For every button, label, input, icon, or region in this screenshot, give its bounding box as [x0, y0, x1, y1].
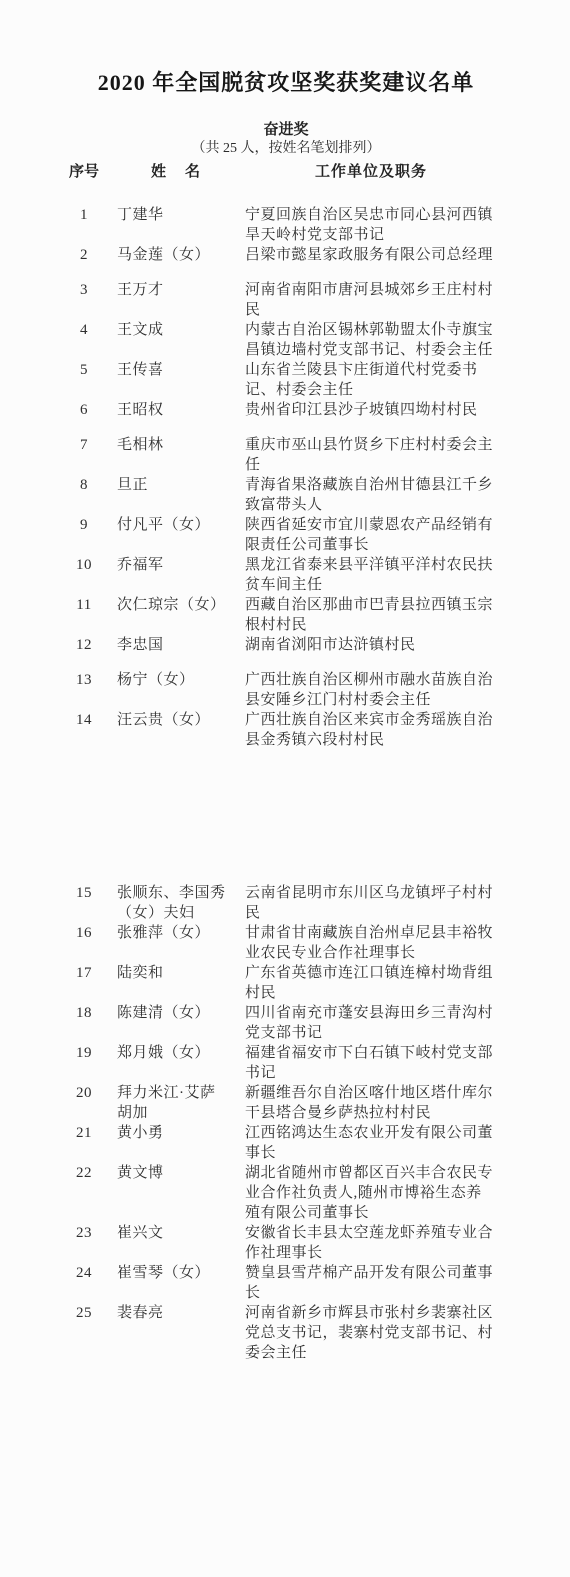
- table-row: 21 黄小勇 江西铭鸿达生态农业开发有限公司董事长: [60, 1123, 512, 1163]
- table-row: 17 陆奕和 广东省英德市连江口镇连樟村坳背组村民: [60, 963, 512, 1003]
- row-unit: 云南省昆明市东川区乌龙镇坪子村村民: [245, 883, 497, 923]
- row-unit: 安徽省长丰县太空莲龙虾养殖专业合作社理事长: [245, 1223, 497, 1263]
- row-unit: 西藏自治区那曲市巴青县拉西镇玉宗根村村民: [245, 595, 497, 635]
- table-row: 13 杨宁（女） 广西壮族自治区柳州市融水苗族自治县安陲乡江门村村委会主任: [60, 670, 512, 710]
- row-unit: 新疆维吾尔自治区喀什地区塔什库尔干县塔合曼乡萨热拉村村民: [245, 1083, 497, 1123]
- table-row: 24 崔雪琴（女） 赞皇县雪芹棉产品开发有限公司董事长: [60, 1263, 512, 1303]
- row-name: 马金莲（女）: [108, 245, 245, 280]
- table-row: 5 王传喜 山东省兰陵县卞庄街道代村党委书记、村委会主任: [60, 360, 512, 400]
- award-nominee-list: 1 丁建华 宁夏回族自治区吴忠市同心县河西镇旱天岭村党支部书记 2 马金莲（女）…: [60, 205, 512, 1363]
- row-name: 杨宁（女）: [108, 670, 245, 710]
- row-name: 汪云贵（女）: [108, 710, 245, 750]
- award-category-note: （共 25 人，按姓名笔划排列）: [60, 140, 512, 158]
- header-index-label: 序号: [60, 163, 108, 181]
- table-row: 2 马金莲（女） 吕梁市懿星家政服务有限公司总经理: [60, 245, 512, 280]
- row-name: 崔兴文: [108, 1223, 245, 1263]
- row-unit: 赞皇县雪芹棉产品开发有限公司董事长: [245, 1263, 497, 1303]
- row-name: 乔福军: [108, 555, 245, 595]
- table-row: 3 王万才 河南省南阳市唐河县城郊乡王庄村村民: [60, 280, 512, 320]
- table-row: 9 付凡平（女） 陕西省延安市宜川蒙恩农产品经销有限责任公司董事长: [60, 515, 512, 555]
- table-row: 19 郑月娥（女） 福建省福安市下白石镇下岐村党支部书记: [60, 1043, 512, 1083]
- table-row: 1 丁建华 宁夏回族自治区吴忠市同心县河西镇旱天岭村党支部书记: [60, 205, 512, 245]
- row-name: 丁建华: [108, 205, 245, 245]
- row-name: 黄小勇: [108, 1123, 245, 1163]
- row-name: 付凡平（女）: [108, 515, 245, 555]
- row-unit: 黑龙江省泰来县平洋镇平洋村农民扶贫车间主任: [245, 555, 497, 595]
- row-name: 拜力米江·艾萨胡加: [108, 1083, 245, 1123]
- header-unit-label: 工作单位及职务: [245, 163, 497, 181]
- row-unit: 广东省英德市连江口镇连樟村坳背组村民: [245, 963, 497, 1003]
- page-break-gap: [60, 750, 512, 883]
- row-index: 1: [60, 205, 108, 245]
- row-name: 旦正: [108, 475, 245, 515]
- row-index: 8: [60, 475, 108, 515]
- table-row: 22 黄文博 湖北省随州市曾都区百兴丰合农民专业合作社负责人,随州市博裕生态养殖…: [60, 1163, 512, 1223]
- table-row: 6 王昭权 贵州省印江县沙子坡镇四坳村村民: [60, 400, 512, 435]
- row-name: 王传喜: [108, 360, 245, 400]
- row-unit: 江西铭鸿达生态农业开发有限公司董事长: [245, 1123, 497, 1163]
- row-unit: 吕梁市懿星家政服务有限公司总经理: [245, 245, 497, 280]
- row-index: 5: [60, 360, 108, 400]
- table-header-row: 序号 姓 名 工作单位及职务: [60, 163, 512, 181]
- row-index: 7: [60, 435, 108, 475]
- row-index: 6: [60, 400, 108, 435]
- table-row: 10 乔福军 黑龙江省泰来县平洋镇平洋村农民扶贫车间主任: [60, 555, 512, 595]
- table-row: 23 崔兴文 安徽省长丰县太空莲龙虾养殖专业合作社理事长: [60, 1223, 512, 1263]
- row-index: 22: [60, 1163, 108, 1223]
- table-row: 7 毛相林 重庆市巫山县竹贤乡下庄村村委会主任: [60, 435, 512, 475]
- row-name: 王文成: [108, 320, 245, 360]
- table-row: 11 次仁琼宗（女） 西藏自治区那曲市巴青县拉西镇玉宗根村村民: [60, 595, 512, 635]
- table-row: 8 旦正 青海省果洛藏族自治州甘德县江千乡致富带头人: [60, 475, 512, 515]
- row-index: 24: [60, 1263, 108, 1303]
- row-unit: 河南省新乡市辉县市张村乡裴寨社区党总支书记，裴寨村党支部书记、村委会主任: [245, 1303, 497, 1363]
- row-unit: 陕西省延安市宜川蒙恩农产品经销有限责任公司董事长: [245, 515, 497, 555]
- award-category-name: 奋进奖: [60, 121, 512, 140]
- row-unit: 广西壮族自治区来宾市金秀瑶族自治县金秀镇六段村村民: [245, 710, 497, 750]
- row-name: 王昭权: [108, 400, 245, 435]
- row-index: 2: [60, 245, 108, 280]
- table-row: 16 张雅萍（女） 甘肃省甘南藏族自治州卓尼县丰裕牧业农民专业合作社理事长: [60, 923, 512, 963]
- row-index: 25: [60, 1303, 108, 1363]
- table-row: 4 王文成 内蒙古自治区锡林郭勒盟太仆寺旗宝昌镇边墙村党支部书记、村委会主任: [60, 320, 512, 360]
- row-name: 黄文博: [108, 1163, 245, 1223]
- row-index: 4: [60, 320, 108, 360]
- row-index: 20: [60, 1083, 108, 1123]
- row-unit: 甘肃省甘南藏族自治州卓尼县丰裕牧业农民专业合作社理事长: [245, 923, 497, 963]
- row-index: 23: [60, 1223, 108, 1263]
- table-row: 25 裴春亮 河南省新乡市辉县市张村乡裴寨社区党总支书记，裴寨村党支部书记、村委…: [60, 1303, 512, 1363]
- row-unit: 广西壮族自治区柳州市融水苗族自治县安陲乡江门村村委会主任: [245, 670, 497, 710]
- row-index: 12: [60, 635, 108, 670]
- row-index: 11: [60, 595, 108, 635]
- row-unit: 四川省南充市蓬安县海田乡三青沟村党支部书记: [245, 1003, 497, 1043]
- row-index: 3: [60, 280, 108, 320]
- row-index: 9: [60, 515, 108, 555]
- table-row: 18 陈建清（女） 四川省南充市蓬安县海田乡三青沟村党支部书记: [60, 1003, 512, 1043]
- row-index: 10: [60, 555, 108, 595]
- row-index: 19: [60, 1043, 108, 1083]
- row-index: 15: [60, 883, 108, 923]
- row-name: 裴春亮: [108, 1303, 245, 1363]
- row-unit: 重庆市巫山县竹贤乡下庄村村委会主任: [245, 435, 497, 475]
- header-name-label: 姓 名: [108, 163, 245, 181]
- row-index: 14: [60, 710, 108, 750]
- row-name: 次仁琼宗（女）: [108, 595, 245, 635]
- table-row: 15 张顺东、李国秀（女）夫妇 云南省昆明市东川区乌龙镇坪子村村民: [60, 883, 512, 923]
- row-unit: 福建省福安市下白石镇下岐村党支部书记: [245, 1043, 497, 1083]
- table-row: 20 拜力米江·艾萨胡加 新疆维吾尔自治区喀什地区塔什库尔干县塔合曼乡萨热拉村村…: [60, 1083, 512, 1123]
- row-name: 陆奕和: [108, 963, 245, 1003]
- document-title: 2020 年全国脱贫攻坚奖获奖建议名单: [60, 66, 512, 97]
- row-unit: 山东省兰陵县卞庄街道代村党委书记、村委会主任: [245, 360, 497, 400]
- document-page: 2020 年全国脱贫攻坚奖获奖建议名单 奋进奖 （共 25 人，按姓名笔划排列）…: [0, 0, 570, 1577]
- row-unit: 湖南省浏阳市达浒镇村民: [245, 635, 497, 670]
- row-unit: 青海省果洛藏族自治州甘德县江千乡致富带头人: [245, 475, 497, 515]
- row-name: 郑月娥（女）: [108, 1043, 245, 1083]
- row-index: 18: [60, 1003, 108, 1043]
- row-name: 崔雪琴（女）: [108, 1263, 245, 1303]
- row-unit: 宁夏回族自治区吴忠市同心县河西镇旱天岭村党支部书记: [245, 205, 497, 245]
- row-unit: 湖北省随州市曾都区百兴丰合农民专业合作社负责人,随州市博裕生态养殖有限公司董事长: [245, 1163, 497, 1223]
- row-name: 王万才: [108, 280, 245, 320]
- table-row: 14 汪云贵（女） 广西壮族自治区来宾市金秀瑶族自治县金秀镇六段村村民: [60, 710, 512, 750]
- row-index: 16: [60, 923, 108, 963]
- row-unit: 内蒙古自治区锡林郭勒盟太仆寺旗宝昌镇边墙村党支部书记、村委会主任: [245, 320, 497, 360]
- row-name: 李忠国: [108, 635, 245, 670]
- row-unit: 贵州省印江县沙子坡镇四坳村村民: [245, 400, 497, 435]
- table-row: 12 李忠国 湖南省浏阳市达浒镇村民: [60, 635, 512, 670]
- row-index: 17: [60, 963, 108, 1003]
- row-name: 张顺东、李国秀（女）夫妇: [108, 883, 245, 923]
- row-unit: 河南省南阳市唐河县城郊乡王庄村村民: [245, 280, 497, 320]
- row-index: 21: [60, 1123, 108, 1163]
- row-name: 陈建清（女）: [108, 1003, 245, 1043]
- row-name: 张雅萍（女）: [108, 923, 245, 963]
- row-name: 毛相林: [108, 435, 245, 475]
- row-index: 13: [60, 670, 108, 710]
